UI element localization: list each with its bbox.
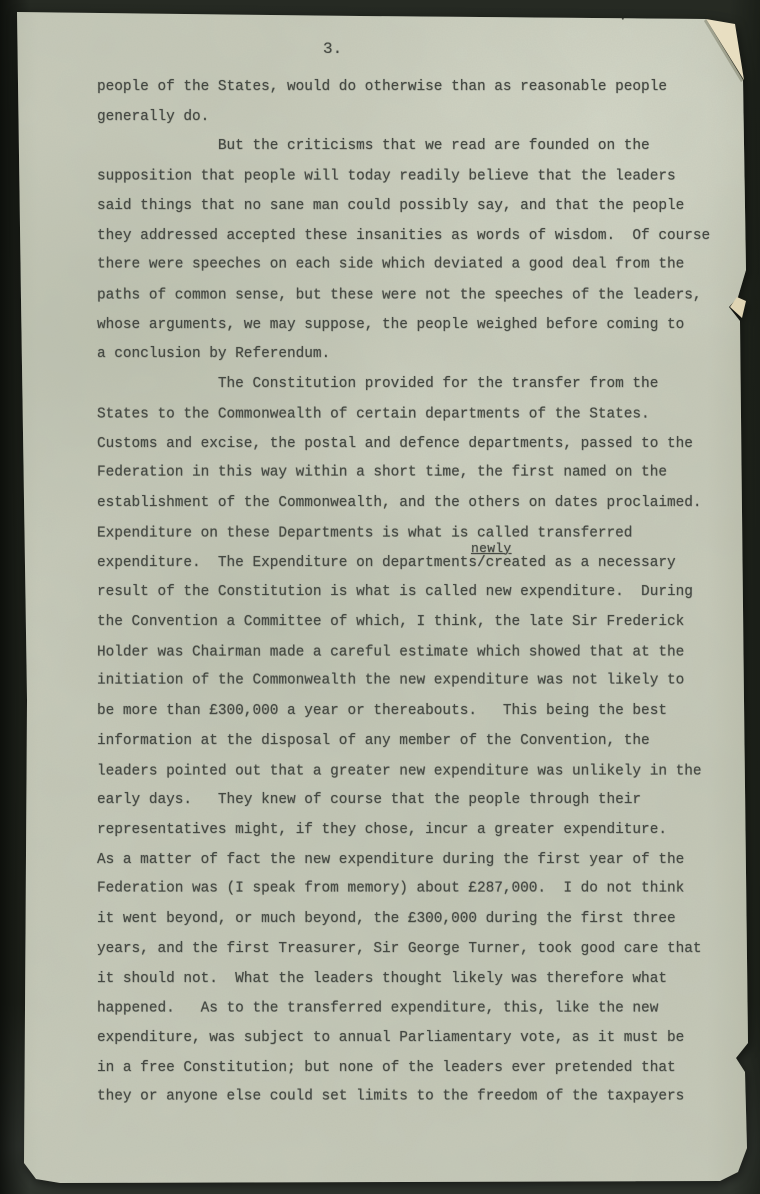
typed-line-text: early days. They knew of course that the… xyxy=(97,792,641,808)
typed-line: The Constitution provided for the transf… xyxy=(97,370,737,400)
typed-line-text: expenditure, was subject to annual Parli… xyxy=(97,1030,684,1046)
typed-line-text: there were speeches on each side which d… xyxy=(97,257,684,273)
typed-line-text: supposition that people will today readi… xyxy=(97,169,676,185)
typed-line: whose arguments, we may suppose, the peo… xyxy=(97,311,737,341)
typed-line: initiation of the Commonwealth the new e… xyxy=(97,667,737,697)
typed-line: generally do. xyxy=(97,103,737,133)
typed-line-text: they addressed accepted these insanities… xyxy=(97,228,710,244)
typed-line: people of the States, would do otherwise… xyxy=(97,73,737,103)
typed-line: establishment of the Commonwealth, and t… xyxy=(97,489,737,519)
typed-line-text: initiation of the Commonwealth the new e… xyxy=(97,673,684,689)
typed-line-text: Expenditure on these Departments is what… xyxy=(97,525,632,541)
typed-line-text: it should not. What the leaders thought … xyxy=(97,971,667,987)
typed-line-text: they or anyone else could set limits to … xyxy=(97,1089,684,1105)
typed-line-text: the Convention a Committee of which, I t… xyxy=(97,614,684,630)
typed-line-text: information at the disposal of any membe… xyxy=(97,733,650,749)
typed-line-text: it went beyond, or much beyond, the £300… xyxy=(97,911,676,927)
inserted-word: newly xyxy=(471,534,512,564)
ink-speck xyxy=(618,13,627,20)
typed-line: there were speeches on each side which d… xyxy=(97,251,737,281)
typed-line: years, and the first Treasurer, Sir Geor… xyxy=(97,935,737,965)
typed-line-text: be more than £300,000 a year or thereabo… xyxy=(97,703,667,719)
typed-line-text: Federation was (I speak from memory) abo… xyxy=(97,881,684,897)
photo-background: 3. people of the States, would do otherw… xyxy=(0,0,760,1194)
typed-line-text: expenditure. The Expenditure on departme… xyxy=(97,555,676,571)
typed-line: in a free Constitution; but none of the … xyxy=(97,1054,737,1084)
typed-line: supposition that people will today readi… xyxy=(97,163,737,193)
typed-line-text: establishment of the Commonwealth, and t… xyxy=(97,495,702,511)
typed-line: said things that no sane man could possi… xyxy=(97,192,737,222)
typed-line-text: Holder was Chairman made a careful estim… xyxy=(97,644,684,660)
document-page: 3. people of the States, would do otherw… xyxy=(0,0,760,1194)
typed-line-text: States to the Commonwealth of certain de… xyxy=(97,407,650,423)
typed-line: Federation was (I speak from memory) abo… xyxy=(97,875,737,905)
typed-line-text: But the criticisms that we read are foun… xyxy=(97,138,650,154)
typed-line-text: As a matter of fact the new expenditure … xyxy=(97,852,684,868)
typed-line-text: result of the Constitution is what is ca… xyxy=(97,584,693,600)
typed-line: information at the disposal of any membe… xyxy=(97,727,737,757)
typed-line-text: in a free Constitution; but none of the … xyxy=(97,1060,676,1076)
typed-line-text: Customs and excise, the postal and defen… xyxy=(97,436,693,452)
typed-line-text: The Constitution provided for the transf… xyxy=(97,376,658,392)
typed-line: result of the Constitution is what is ca… xyxy=(97,578,737,608)
typed-line: early days. They knew of course that the… xyxy=(97,786,737,816)
typed-line: expenditure, was subject to annual Parli… xyxy=(97,1024,737,1054)
page-number: 3. xyxy=(323,40,342,58)
typed-line: newlyexpenditure. The Expenditure on dep… xyxy=(97,549,737,579)
typed-line-text: representatives might, if they chose, in… xyxy=(97,822,667,838)
typed-line-text: leaders pointed out that a greater new e… xyxy=(97,763,702,779)
typed-line: representatives might, if they chose, in… xyxy=(97,816,737,846)
typed-line: it went beyond, or much beyond, the £300… xyxy=(97,905,737,935)
typed-line: Holder was Chairman made a careful estim… xyxy=(97,638,737,668)
typed-line-text: happened. As to the transferred expendit… xyxy=(97,1001,658,1017)
typed-line: Customs and excise, the postal and defen… xyxy=(97,430,737,460)
typed-line-text: people of the States, would do otherwise… xyxy=(97,79,667,95)
typed-line-text: a conclusion by Referendum. xyxy=(97,346,330,362)
typed-line: they addressed accepted these insanities… xyxy=(97,222,737,252)
typed-line-text: Federation in this way within a short ti… xyxy=(97,465,667,481)
paper-sheet: 3. people of the States, would do otherw… xyxy=(0,0,760,1194)
typed-line: But the criticisms that we read are foun… xyxy=(97,132,737,162)
typed-line: paths of common sense, but these were no… xyxy=(97,282,737,312)
typed-line: they or anyone else could set limits to … xyxy=(97,1083,737,1113)
typed-line-text: said things that no sane man could possi… xyxy=(97,198,684,214)
typed-line: As a matter of fact the new expenditure … xyxy=(97,846,737,876)
typed-line-text: years, and the first Treasurer, Sir Geor… xyxy=(97,941,702,957)
typed-line: it should not. What the leaders thought … xyxy=(97,965,737,995)
typed-line: the Convention a Committee of which, I t… xyxy=(97,608,737,638)
typed-line: a conclusion by Referendum. xyxy=(97,340,737,370)
typed-line: States to the Commonwealth of certain de… xyxy=(97,401,737,431)
typed-line: Expenditure on these Departments is what… xyxy=(97,519,737,549)
typed-lines: people of the States, would do otherwise… xyxy=(97,73,737,1113)
typed-line: leaders pointed out that a greater new e… xyxy=(97,757,737,787)
typed-line-text: generally do. xyxy=(97,109,209,125)
typed-line: be more than £300,000 a year or thereabo… xyxy=(97,697,737,727)
typed-line: happened. As to the transferred expendit… xyxy=(97,995,737,1025)
typed-line: Federation in this way within a short ti… xyxy=(97,459,737,489)
typed-line-text: paths of common sense, but these were no… xyxy=(97,288,702,304)
typed-line-text: whose arguments, we may suppose, the peo… xyxy=(97,317,684,333)
